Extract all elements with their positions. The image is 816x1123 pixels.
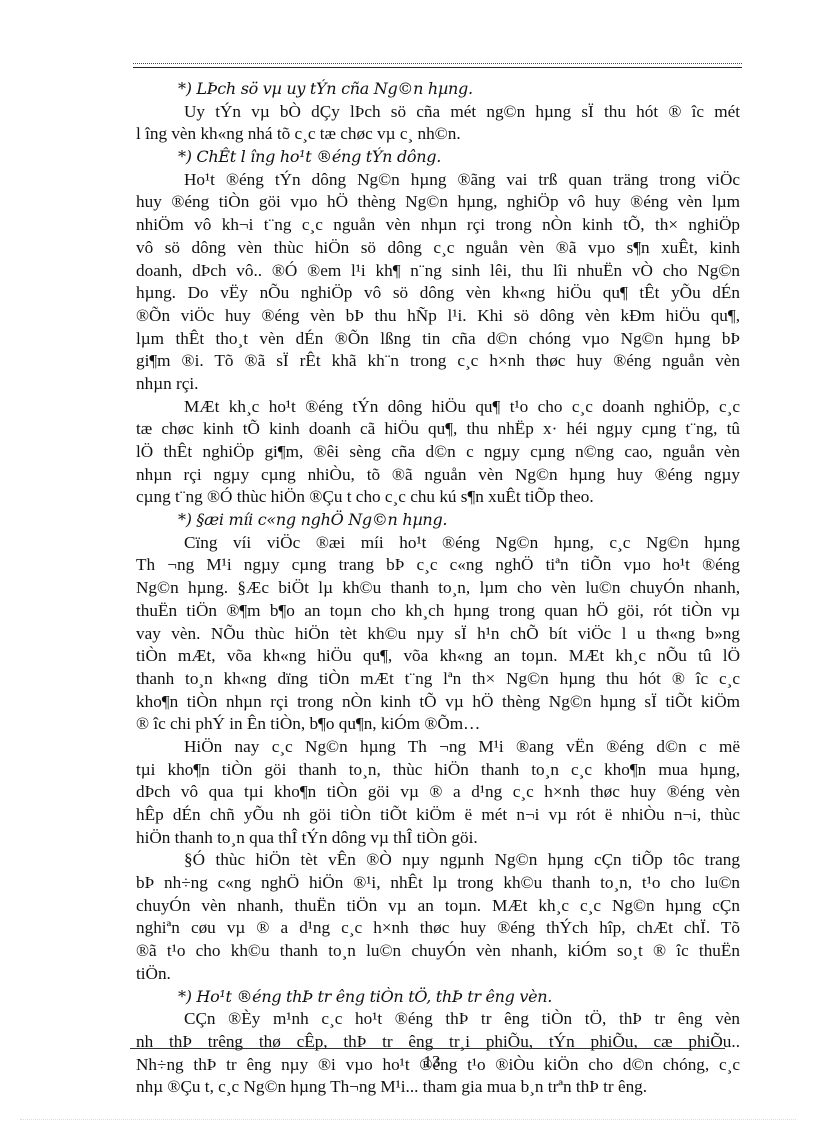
text-line: huy ®éng tiÒn göi vµo hÖ thèng Ng©n hµng… — [136, 191, 740, 214]
text-line: thanh to¸n kh«ng dïng tiÒn mÆt t¨ng lªn … — [136, 668, 740, 691]
section-heading: *) Ho¹t ®éng thÞ tr êng tiÒn tÖ, thÞ tr … — [136, 986, 740, 1009]
text-line: tiÒn mÆt, võa kh«ng hiÖu qu¶, võa kh«ng … — [136, 645, 740, 668]
text-line: ®Õn viÖc huy ®éng vèn bÞ thu hÑp l¹i. Kh… — [136, 305, 740, 328]
text-line: nhiÖm vô kh¬i t¨ng c¸c nguån vèn nhµn rç… — [136, 214, 740, 237]
text-line: dÞch vô qua tµi kho¶n tiÒn göi vµ ® a d¹… — [136, 781, 740, 804]
text-line: MÆt kh¸c ho¹t ®éng tÝn dông hiÖu qu¶ t¹o… — [136, 396, 740, 419]
paragraph: §Ó thùc hiÖn tèt vÊn ®Ò nµy ngµnh Ng©n h… — [136, 849, 740, 985]
text-line: tµi kho¶n tiÒn göi thanh to¸n, thùc hiÖn… — [136, 759, 740, 782]
text-line: nghiªn cøu vµ ® a d¹ng c¸c h×nh thøc huy… — [136, 917, 740, 940]
text-line: cµng t¨ng ®Ó thùc hiÖn ®Çu t cho c¸c chu… — [136, 486, 740, 509]
text-line: §Ó thùc hiÖn tèt vÊn ®Ò nµy ngµnh Ng©n h… — [136, 849, 740, 872]
section-heading: *) §æi míi c«ng nghÖ Ng©n hµng. — [136, 509, 740, 532]
text-line: Th ¬ng M¹i ngµy cµng trang bÞ c¸c c«ng n… — [136, 554, 740, 577]
text-line: nhµn rçi. — [136, 373, 740, 396]
text-line: tiÖn. — [136, 963, 740, 986]
text-line: Ng©n hµng. §Æc biÖt lµ kh©u thanh to¸n, … — [136, 577, 740, 600]
text-line: bÞ nh÷ng c«ng nghÖ hiÖn ®¹i, nhÊt lµ tro… — [136, 872, 740, 895]
page-number: 13 — [0, 1052, 816, 1072]
page-bottom-dotted-edge — [20, 1119, 796, 1120]
header-dotted-rule — [133, 63, 742, 64]
footer-rule — [130, 1048, 725, 1049]
text-line: nh thÞ tr­êng thø cÊp, thÞ tr êng tr¸i p… — [136, 1031, 740, 1054]
text-line: thuËn tiÖn ®¶m b¶o an toµn cho kh¸ch hµn… — [136, 600, 740, 623]
text-line: hÊp dÉn chñ yÕu nh göi tiÒn tiÕt kiÖm ë … — [136, 804, 740, 827]
text-line: ® îc chi phÝ in Ên tiÒn, b¶o qu¶n, kiÓm … — [136, 713, 740, 736]
text-line: l îng vèn kh«ng nhá tõ c¸c tæ chøc vµ c¸… — [136, 123, 740, 146]
text-line: kho¶n tiÒn nhµn rçi trong nÒn kinh tÕ vµ… — [136, 691, 740, 714]
header-solid-rule — [133, 67, 742, 68]
text-line: CÇn ®Èy m¹nh c¸c ho¹t ®éng thÞ tr êng ti… — [136, 1008, 740, 1031]
section-heading: *) LÞch sö vµ uy tÝn cña Ng©n hµng. — [136, 78, 740, 101]
paragraph: HiÖn nay c¸c Ng©n hµng Th ¬ng M¹i ®ang v… — [136, 736, 740, 849]
text-line: doanh, dÞch vô.. ®Ó ®em l¹i kh¶ n¨ng sin… — [136, 260, 740, 283]
text-line: Ho¹t ®éng tÝn dông Ng©n hµng ®ãng vai tr… — [136, 169, 740, 192]
text-line: chuyÓn vèn nhanh, thuËn tiÖn vµ an toµn.… — [136, 895, 740, 918]
text-line: gi¶m ®i. Tõ ®ã sÏ rÊt khã kh¨n trong c¸c… — [136, 350, 740, 373]
section-heading: *) ChÊt l îng ho¹t ®éng tÝn dông. — [136, 146, 740, 169]
paragraph: Ho¹t ®éng tÝn dông Ng©n hµng ®ãng vai tr… — [136, 169, 740, 396]
text-line: ®ã t¹o cho kh©u thanh to¸n lu©n chuyÓn v… — [136, 940, 740, 963]
text-line: lµm thÊt tho¸t vèn dÉn ®Õn lßng tin cña … — [136, 328, 740, 351]
text-line: Cïng víi viÖc ®æi míi ho¹t ®éng Ng©n hµn… — [136, 532, 740, 555]
text-line: tæ chøc kinh tÕ kinh doanh cã hiÖu qu¶, … — [136, 418, 740, 441]
text-line: vô sö dông vèn thùc hiÖn sö dông c¸c ngu… — [136, 237, 740, 260]
text-line: nhµ ®Çu t, c¸c Ng©n hµng Th¬ng M¹i... th… — [136, 1076, 740, 1099]
text-line: hiÖn thanh to¸n qua thÎ tÝn dông vµ thÎ … — [136, 827, 740, 850]
paragraph: Uy tÝn vµ bÒ dÇy lÞch sö cña mét ng©n hµ… — [136, 101, 740, 146]
paragraph: MÆt kh¸c ho¹t ®éng tÝn dông hiÖu qu¶ t¹o… — [136, 396, 740, 509]
paragraph: Cïng víi viÖc ®æi míi ho¹t ®éng Ng©n hµn… — [136, 532, 740, 736]
text-line: Uy tÝn vµ bÒ dÇy lÞch sö cña mét ng©n hµ… — [136, 101, 740, 124]
text-line: HiÖn nay c¸c Ng©n hµng Th ¬ng M¹i ®ang v… — [136, 736, 740, 759]
document-body: *) LÞch sö vµ uy tÝn cña Ng©n hµng.Uy tÝ… — [136, 78, 740, 1099]
text-line: lÖ thÊt nghiÖp gi¶m, ®êi sèng cña d©n c … — [136, 441, 740, 464]
text-line: hµng. Do vËy nÕu nghiÖp vô sö dông vèn k… — [136, 282, 740, 305]
text-line: vay vèn. NÕu thùc hiÖn tèt kh©u nµy sÏ h… — [136, 623, 740, 646]
text-line: nhµn rçi ngµy cµng nhiÒu, tõ ®ã nguån vè… — [136, 464, 740, 487]
